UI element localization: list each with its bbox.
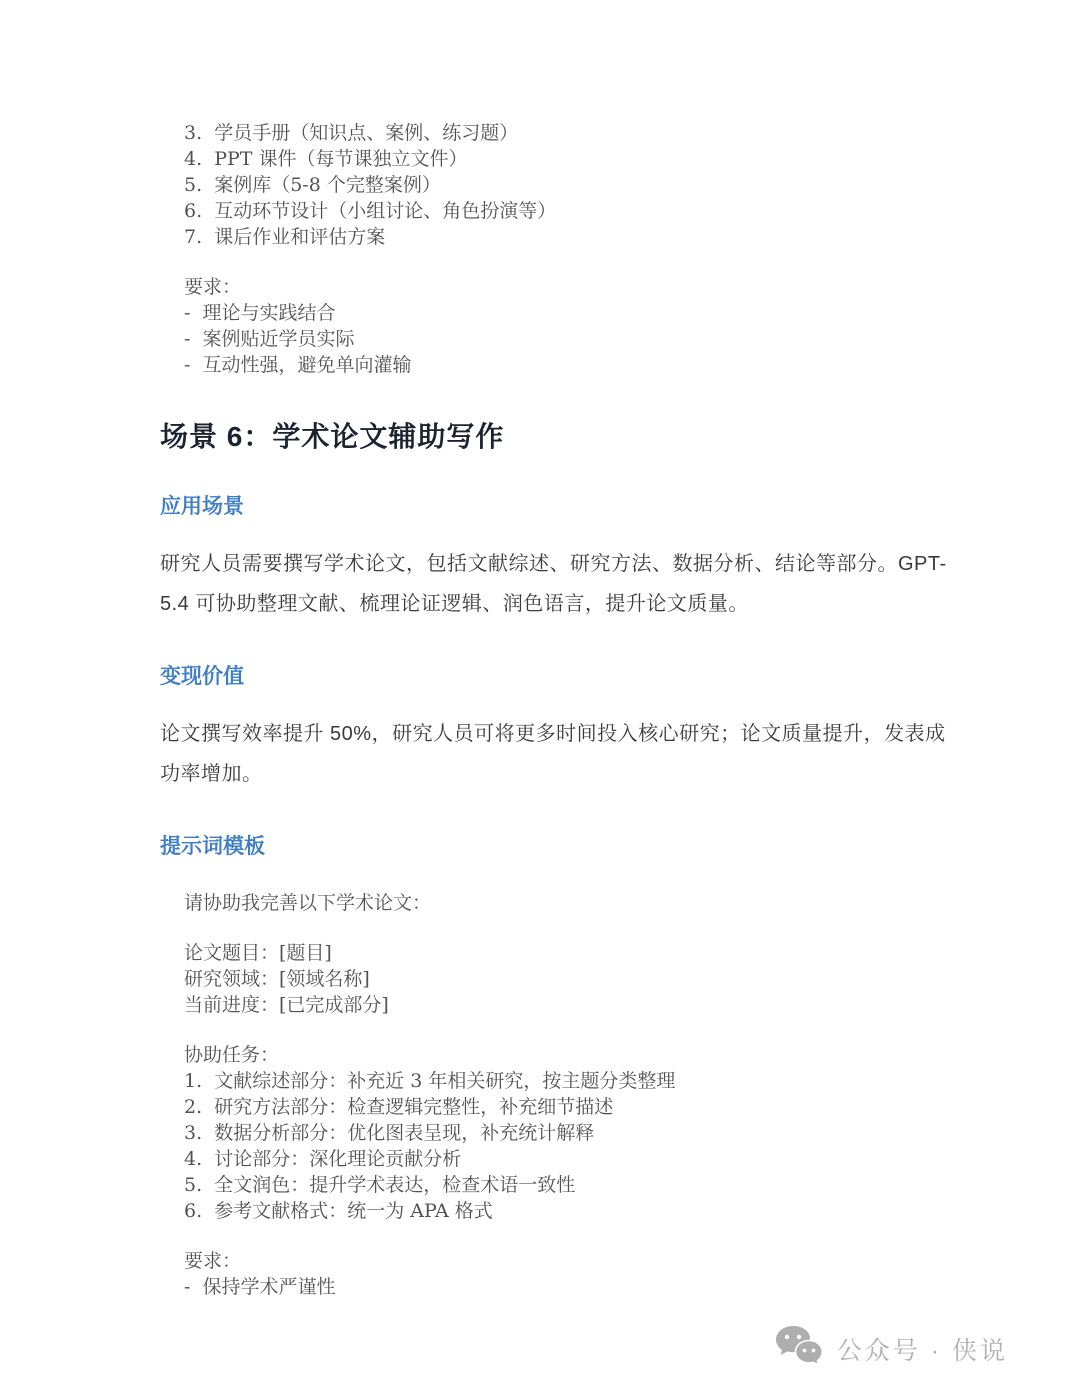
numbered-item: 3. 学员手册（知识点、案例、练习题）	[184, 120, 965, 146]
task-item: 5. 全文润色：提升学术表达，检查术语一致性	[184, 1172, 965, 1198]
wechat-watermark: 公众号 · 侠说	[775, 1324, 1008, 1373]
numbered-item: 5. 案例库（5-8 个完整案例）	[184, 172, 965, 198]
task-item: 1. 文献综述部分：补充近 3 年相关研究，按主题分类整理	[184, 1068, 965, 1094]
monetization-value-label: 变现价值	[160, 664, 965, 690]
task-item: 6. 参考文献格式：统一为 APA 格式	[184, 1198, 965, 1224]
watermark-text: 公众号 · 侠说	[837, 1331, 1008, 1367]
requirements-label: 要求：	[184, 1248, 965, 1274]
blank-line	[184, 916, 965, 940]
blank-line	[184, 1224, 965, 1248]
section-heading: 场景 6：学术论文辅助写作	[160, 420, 965, 454]
template-field: 研究领域：[领域名称]	[184, 966, 965, 992]
top-numbered-list: 3. 学员手册（知识点、案例、练习题） 4. PPT 课件（每节课独立文件） 5…	[160, 120, 965, 378]
numbered-item: 4. PPT 课件（每节课独立文件）	[184, 146, 965, 172]
application-scenario-label: 应用场景	[160, 494, 965, 520]
wechat-icon	[775, 1324, 823, 1373]
prompt-template-label: 提示词模板	[160, 834, 965, 860]
task-item: 4. 讨论部分：深化理论贡献分析	[184, 1146, 965, 1172]
application-scenario-text: 研究人员需要撰写学术论文，包括文献综述、研究方法、数据分析、结论等部分。GPT-…	[160, 544, 965, 624]
prompt-template-block: 请协助我完善以下学术论文： 论文题目：[题目] 研究领域：[领域名称] 当前进度…	[160, 890, 965, 1300]
blank-line	[184, 1018, 965, 1042]
requirement-item: - 案例贴近学员实际	[184, 326, 965, 352]
requirement-item: - 保持学术严谨性	[184, 1274, 965, 1300]
document-page: 3. 学员手册（知识点、案例、练习题） 4. PPT 课件（每节课独立文件） 5…	[0, 0, 1080, 1300]
template-intro: 请协助我完善以下学术论文：	[184, 890, 965, 916]
numbered-item: 6. 互动环节设计（小组讨论、角色扮演等）	[184, 198, 965, 224]
tasks-label: 协助任务：	[184, 1042, 965, 1068]
template-field: 论文题目：[题目]	[184, 940, 965, 966]
numbered-item: 7. 课后作业和评估方案	[184, 224, 965, 250]
monetization-value-text: 论文撰写效率提升 50%，研究人员可将更多时间投入核心研究；论文质量提升，发表成…	[160, 714, 965, 794]
requirement-item: - 理论与实践结合	[184, 300, 965, 326]
task-item: 2. 研究方法部分：检查逻辑完整性，补充细节描述	[184, 1094, 965, 1120]
blank-line	[184, 250, 965, 274]
template-field: 当前进度：[已完成部分]	[184, 992, 965, 1018]
requirements-label: 要求：	[184, 274, 965, 300]
task-item: 3. 数据分析部分：优化图表呈现，补充统计解释	[184, 1120, 965, 1146]
requirement-item: - 互动性强，避免单向灌输	[184, 352, 965, 378]
